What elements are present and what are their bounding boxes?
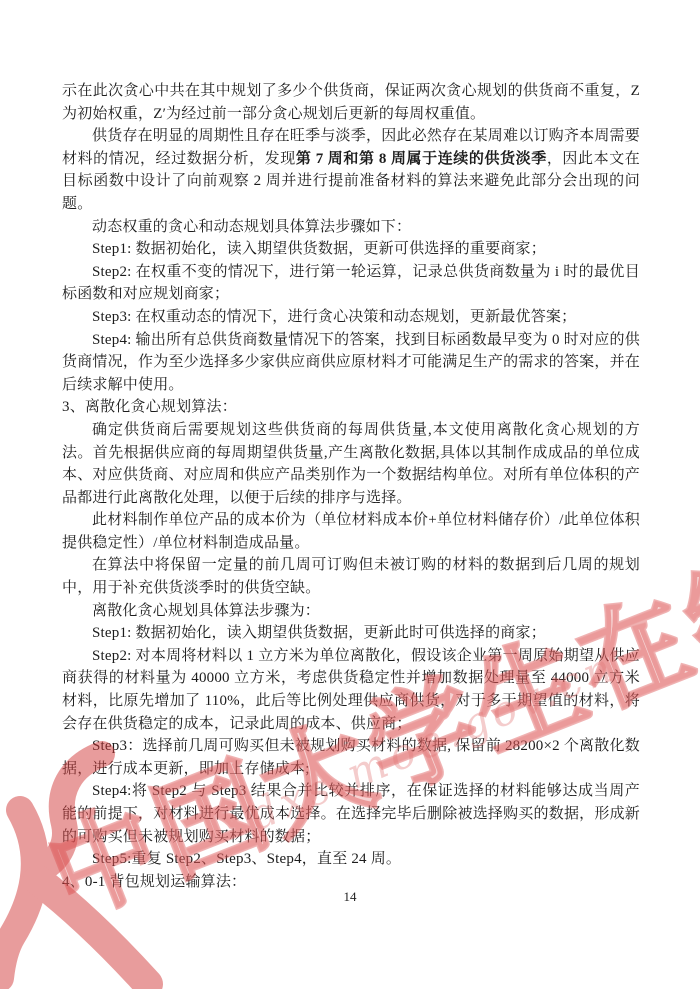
text-run: 动态权重的贪心和动态规划具体算法步骤如下： [92, 219, 411, 235]
paragraph: 示在此次贪心中共在其中规划了多少个供货商，保证两次贪心规划的供货商不重复，Z为初… [62, 80, 640, 125]
paragraph: Step4: 输出所有总供货商数量情况下的答案，找到目标函数最早变为 0 时对应… [62, 329, 640, 397]
paragraph: Step5:重复 Step2、Step3、Step4，直至 24 周。 [62, 848, 640, 871]
text-run: 在算法中将保留一定量的前几周可订购但未被订购的材料的数据到后几周的规划中，用于补… [62, 557, 640, 596]
paragraph: 确定供货商后需要规划这些供货商的每周供货量,本文使用离散化贪心规划的方法。首先根… [62, 419, 640, 509]
text-run: Step2: 对本周将材料以 1 立方米为单位离散化，假设该企业第一周原始期望从… [62, 648, 640, 732]
text-run: Step4: 输出所有总供货商数量情况下的答案，找到目标函数最早变为 0 时对应… [62, 332, 640, 393]
text-run: Step3: 在权重动态的情况下，进行贪心决策和动态规划，更新最优答案； [92, 309, 576, 325]
document-page: 示在此次贪心中共在其中规划了多少个供货商，保证两次贪心规划的供货商不重复，Z为初… [0, 0, 700, 989]
paragraph: Step4:将 Step2 与 Step3 结果合并比较并排序，在保证选择的材料… [62, 780, 640, 848]
paragraph: Step3: 在权重动态的情况下，进行贪心决策和动态规划，更新最优答案； [62, 306, 640, 329]
section-heading: 3、离散化贪心规划算法： [62, 396, 640, 419]
text-run: 确定供货商后需要规划这些供货商的每周供货量,本文使用离散化贪心规划的方法。首先根… [62, 422, 640, 506]
paragraph: Step2: 在权重不变的情况下，进行第一轮运算，记录总供货商数量为 i 时的最… [62, 261, 640, 306]
text-run: 此材料制作单位产品的成本价为（单位材料成本价+单位材料储存价）/此单位体积提供稳… [62, 512, 640, 551]
paragraph: Step3：选择前几周可购买但未被规划购买材料的数据, 保留前 28200×2 … [62, 735, 640, 780]
text-run: Step5:重复 Step2、Step3、Step4，直至 24 周。 [92, 851, 401, 867]
paragraph: 供货存在明显的周期性且存在旺季与淡季，因此必然存在某周难以订购齐本周需要材料的情… [62, 125, 640, 215]
text-run: 离散化贪心规划具体算法步骤为： [92, 603, 320, 619]
text-run: 4、0-1 背包规划运输算法： [62, 874, 246, 890]
text-run: Step2: 在权重不变的情况下，进行第一轮运算，记录总供货商数量为 i 时的最… [62, 264, 640, 303]
paragraph: Step2: 对本周将材料以 1 立方米为单位离散化，假设该企业第一周原始期望从… [62, 645, 640, 735]
text-run: Step1: 数据初始化，读入期望供货数据，更新此时可供选择的商家； [92, 625, 546, 641]
text-run: 示在此次贪心中共在其中规划了多少个供货商，保证两次贪心规划的供货商不重复，Z为初… [62, 83, 640, 122]
paragraph: 此材料制作单位产品的成本价为（单位材料成本价+单位材料储存价）/此单位体积提供稳… [62, 509, 640, 554]
text-run: 3、离散化贪心规划算法： [62, 399, 237, 415]
paragraph: Step1: 数据初始化，读入期望供货数据，更新可供选择的重要商家； [62, 238, 640, 261]
text-run: Step1: 数据初始化，读入期望供货数据，更新可供选择的重要商家； [92, 241, 546, 257]
paragraph: 动态权重的贪心和动态规划具体算法步骤如下： [62, 216, 640, 239]
paragraph: 在算法中将保留一定量的前几周可订购但未被订购的材料的数据到后几周的规划中，用于补… [62, 554, 640, 599]
text-run: Step4:将 Step2 与 Step3 结果合并比较并排序，在保证选择的材料… [62, 783, 640, 844]
document-body: 示在此次贪心中共在其中规划了多少个供货商，保证两次贪心规划的供货商不重复，Z为初… [62, 80, 640, 893]
page-number: 14 [0, 889, 700, 905]
bold-text-run: 第 7 周和第 8 周属于连续的供货淡季 [296, 151, 547, 167]
paragraph: Step1: 数据初始化，读入期望供货数据，更新此时可供选择的商家； [62, 622, 640, 645]
text-run: Step3：选择前几周可购买但未被规划购买材料的数据, 保留前 28200×2 … [62, 738, 640, 777]
paragraph: 离散化贪心规划具体算法步骤为： [62, 600, 640, 623]
